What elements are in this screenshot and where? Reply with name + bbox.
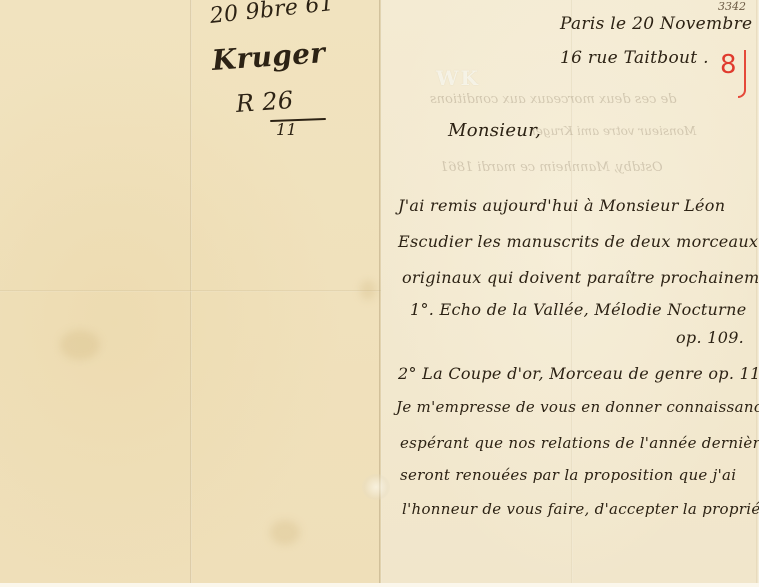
fold-crease [190,0,192,587]
fold-crease [0,290,381,292]
folio-mark: 8 [720,52,737,78]
paper-stain [60,330,100,360]
bleed-through-text: de ces deux morceaux aux conditions [430,92,677,107]
archive-number: 3342 [718,0,746,13]
letter-line: l'honneur de vous faire, d'accepter la p… [402,500,759,518]
paper-stain [360,280,376,300]
letter-address: 16 rue Taitbout . [560,48,709,68]
letter-salutation: Monsieur, [448,120,541,141]
docket-reply-mark: R 26 [235,86,294,118]
letter-line: originaux qui doivent paraître prochaine… [402,268,759,287]
document-scan: 20 9bre 61 Kruger R 26 11 3342 8 WK de c… [0,0,759,587]
letter-line: seront renouées par la proposition que j… [400,466,736,484]
letter-line: op. 109. [676,328,744,347]
fold-crease [571,0,573,587]
letter-line: espérant que nos relations de l'année de… [400,434,759,452]
folio-bracket [738,50,746,98]
page-edge [0,583,759,587]
paper-stain [270,520,300,545]
letter-line: Je m'empresse de vous en donner connaiss… [396,398,759,416]
watermark: WK [436,66,480,90]
bleed-through-text: Monsieur votre ami Kruger [530,124,696,138]
embossed-stamp [362,474,390,500]
docket-sub-mark: 11 [276,120,297,139]
letter-line: 1°. Echo de la Vallée, Mélodie Nocturne [410,300,747,319]
bleed-through-text: Ostdby, Mannheim ce mardi 1861 [440,160,663,175]
letter-line: 2° La Coupe d'or, Morceau de genre op. 1… [398,364,759,383]
letter-line: Escudier les manuscrits de deux morceaux [398,232,758,251]
letter-place-date: Paris le 20 Novembre 1861 [560,14,759,34]
letter-line: J'ai remis aujourd'hui à Monsieur Léon [398,196,725,215]
